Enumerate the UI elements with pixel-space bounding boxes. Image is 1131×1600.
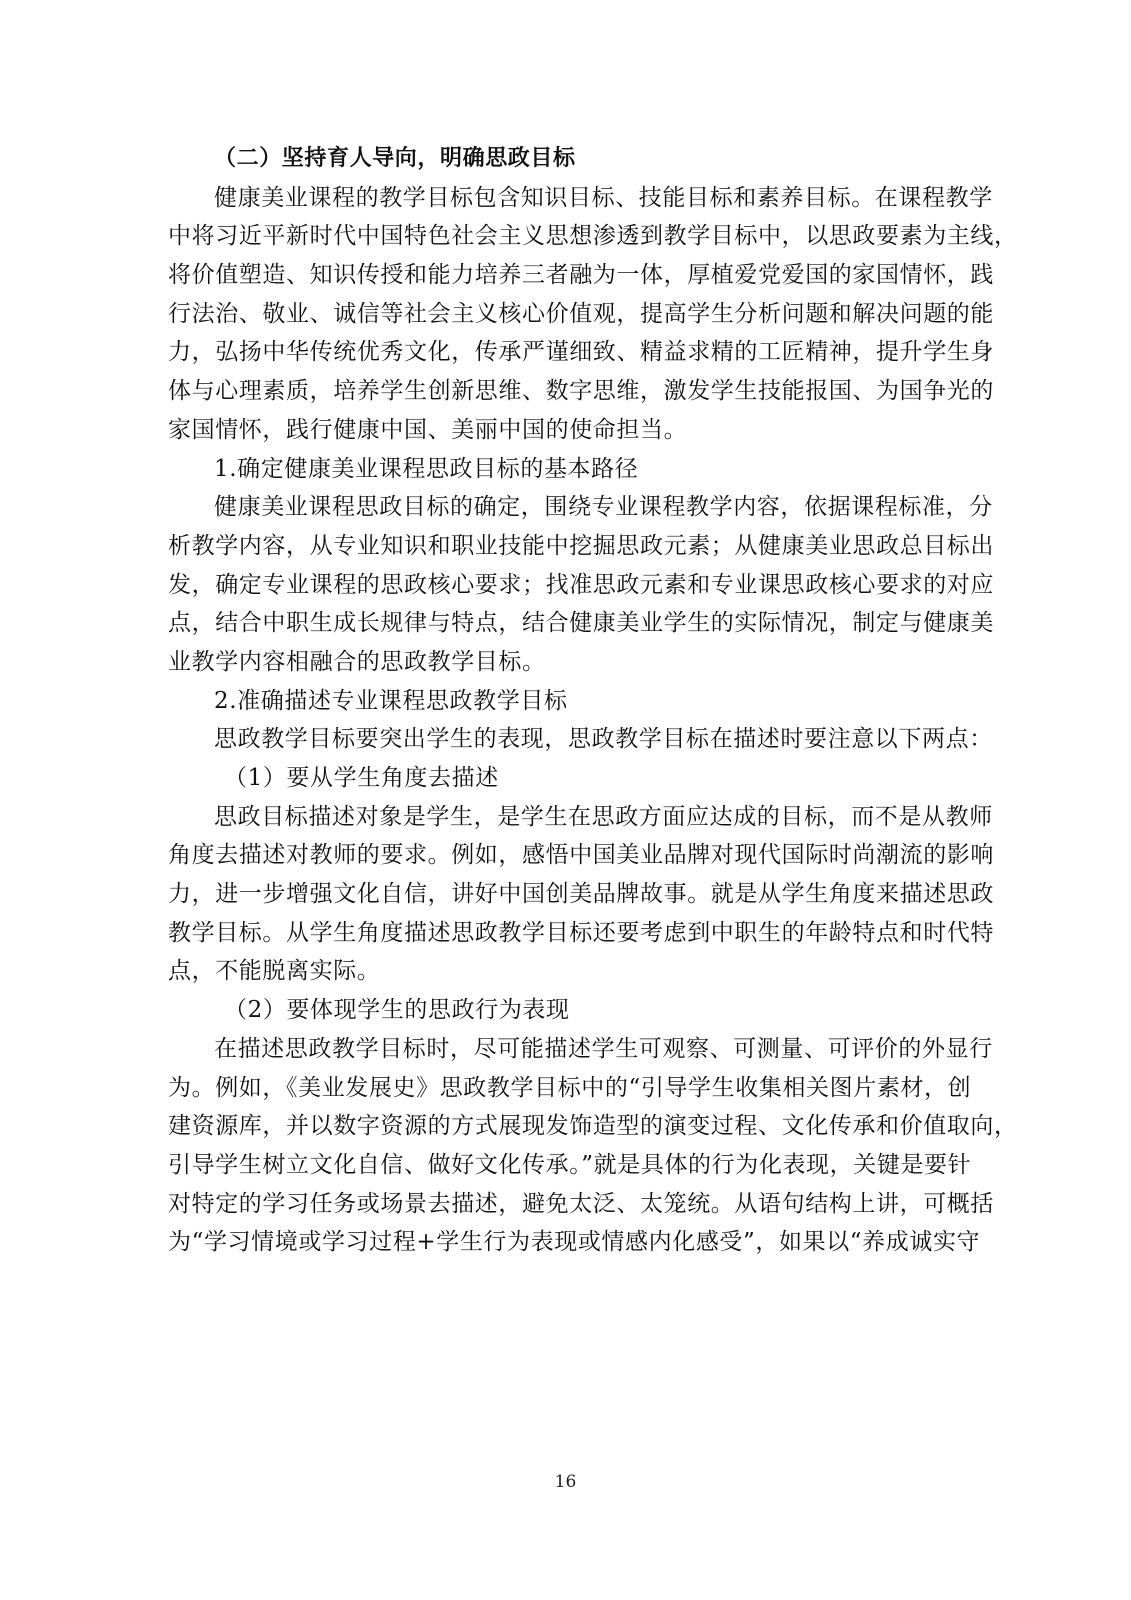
paragraph-line: 发，确定专业课程的思政核心要求；找准思政元素和专业课思政核心要求的对应 [168, 566, 950, 605]
paragraph-line: 角度去描述对教师的要求。例如，感悟中国美业品牌对现代国际时尚潮流的影响 [168, 836, 950, 875]
paragraph-line: 力，弘扬中华传统优秀文化，传承严谨细致、精益求精的工匠精神，提升学生身 [168, 333, 950, 372]
paragraph-line: 力，进一步增强文化自信，讲好中国创美品牌故事。就是从学生角度来描述思政 [168, 875, 950, 914]
subsubheading-1: （1）要从学生角度去描述 [168, 759, 950, 798]
paragraph-line: 将价值塑造、知识传授和能力培养三者融为一体，厚植爱党爱国的家国情怀，践 [168, 256, 950, 295]
paragraph-line: 行法治、敬业、诚信等社会主义核心价值观，提高学生分析问题和解决问题的能 [168, 295, 950, 334]
page-number: 16 [0, 1472, 1131, 1492]
section-heading: （二）坚持育人导向，明确思政目标 [168, 140, 950, 179]
paragraph-line: 在描述思政教学目标时，尽可能描述学生可观察、可测量、可评价的外显行 [168, 1030, 950, 1069]
paragraph-line: 点，不能脱离实际。 [168, 952, 950, 991]
paragraph-line: 中将习近平新时代中国特色社会主义思想渗透到教学目标中，以思政要素为主线， [168, 217, 950, 256]
document-page: （二）坚持育人导向，明确思政目标 健康美业课程的教学目标包含知识目标、技能目标和… [168, 140, 950, 1262]
paragraph-line: 引导学生树立文化自信、做好文化传承。”就是具体的行为化表现，关键是要针 [168, 1146, 950, 1185]
paragraph-line: 业教学内容相融合的思政教学目标。 [168, 643, 950, 682]
paragraph-line: 建资源库，并以数字资源的方式展现发饰造型的演变过程、文化传承和价值取向， [168, 1107, 950, 1146]
paragraph-line: 为。例如，《美业发展史》思政教学目标中的“引导学生收集相关图片素材，创 [168, 1069, 950, 1108]
paragraph-line: 思政教学目标要突出学生的表现，思政教学目标在描述时要注意以下两点： [168, 720, 950, 759]
subheading-1: 1.确定健康美业课程思政目标的基本路径 [168, 450, 950, 489]
paragraph-line: 健康美业课程的教学目标包含知识目标、技能目标和素养目标。在课程教学 [168, 179, 950, 218]
paragraph-line: 为“学习情境或学习过程+学生行为表现或情感内化感受”，如果以“养成诚实守 [168, 1223, 950, 1262]
paragraph-line: 思政目标描述对象是学生，是学生在思政方面应达成的目标，而不是从教师 [168, 798, 950, 837]
paragraph-line: 体与心理素质，培养学生创新思维、数字思维，激发学生技能报国、为国争光的 [168, 372, 950, 411]
paragraph-line: 家国情怀，践行健康中国、美丽中国的使命担当。 [168, 411, 950, 450]
paragraph-line: 教学目标。从学生角度描述思政教学目标还要考虑到中职生的年龄特点和时代特 [168, 914, 950, 953]
paragraph-line: 析教学内容，从专业知识和职业技能中挖掘思政元素；从健康美业思政总目标出 [168, 527, 950, 566]
paragraph-line: 对特定的学习任务或场景去描述，避免太泛、太笼统。从语句结构上讲，可概括 [168, 1185, 950, 1224]
paragraph-line: 点，结合中职生成长规律与特点，结合健康美业学生的实际情况，制定与健康美 [168, 604, 950, 643]
subheading-2: 2.准确描述专业课程思政教学目标 [168, 682, 950, 721]
paragraph-line: 健康美业课程思政目标的确定，围绕专业课程教学内容，依据课程标准，分 [168, 488, 950, 527]
subsubheading-2: （2）要体现学生的思政行为表现 [168, 991, 950, 1030]
